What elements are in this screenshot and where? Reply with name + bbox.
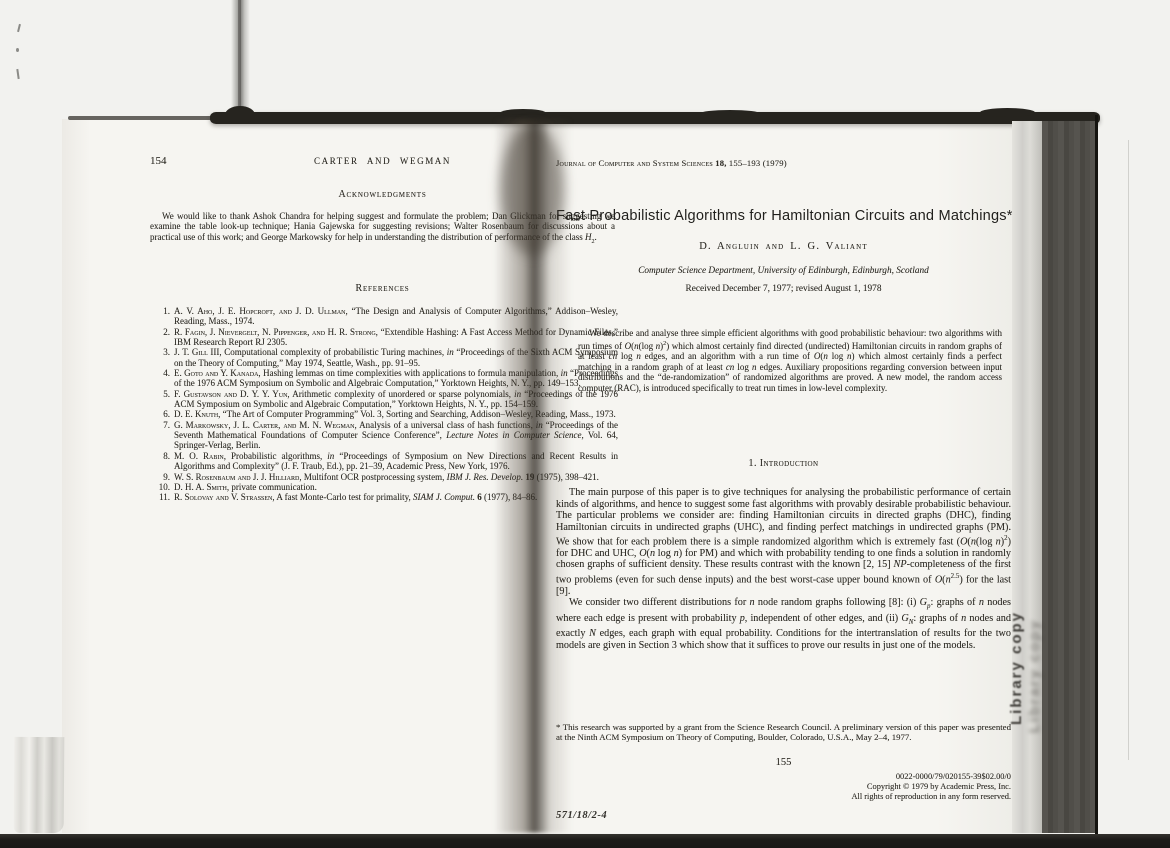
copyright-block: 0022-0000/79/020155-39$02.00/0 Copyright…: [556, 772, 1011, 802]
issn-line: 0022-0000/79/020155-39$02.00/0: [556, 772, 1011, 782]
scanned-journal-spread: 154 CARTER AND WEGMAN Acknowledgments We…: [0, 0, 1170, 848]
reference-number: 8.: [150, 451, 174, 472]
pen-mark: [16, 48, 19, 52]
footnote-text: * This research was supported by a grant…: [556, 722, 1011, 742]
paper-title: Fast Probabilistic Algorithms for Hamilt…: [556, 208, 1014, 224]
reference-number: 3.: [150, 347, 174, 368]
reference-text: private communication.: [231, 482, 316, 492]
reference-number: 2.: [150, 327, 174, 348]
scan-artifact-blob: [500, 109, 546, 117]
received-line: Received December 7, 1977; revised Augus…: [556, 284, 1011, 294]
pen-mark: [17, 24, 21, 32]
book-cover-edge-line: [1095, 115, 1098, 834]
reference-authors: D. E. Knuth,: [174, 409, 220, 419]
reference-authors: D. H. A. Smith,: [174, 482, 229, 492]
pen-mark: [16, 69, 19, 79]
reference-number: 7.: [150, 420, 174, 451]
introduction-paragraph-2: We consider two different distributions …: [556, 597, 1011, 651]
scan-artifact-line: [1128, 140, 1129, 760]
reference-number: 9.: [150, 472, 174, 482]
reference-authors: W. S. Rosenbaum and J. J. Hilliard,: [174, 472, 302, 482]
introduction-paragraph-1: The main purpose of this paper is to giv…: [556, 487, 1011, 597]
scan-artifact-blob: [225, 106, 255, 124]
scan-artifact-streak-core: [238, 0, 241, 119]
right-page-number: 155: [556, 757, 1011, 768]
reference-number: 1.: [150, 306, 174, 327]
reference-number: 5.: [150, 389, 174, 410]
book-gutter-smudge: [500, 125, 564, 255]
reference-authors: M. O. Rabin,: [174, 451, 226, 461]
reference-authors: E. Goto and Y. Kanada,: [174, 368, 261, 378]
reference-authors: R. Fagin, J. Nievergelt, N. Pippenger, a…: [174, 327, 378, 337]
reference-number: 11.: [150, 492, 174, 502]
abstract-text: We describe and analyse three simple eff…: [578, 328, 1002, 393]
scan-artifact-blob: [700, 110, 760, 117]
reference-authors: G. Markowsky, J. L. Carter, and M. N. We…: [174, 420, 357, 430]
journal-header-line: Journal of Computer and System Sciences …: [556, 158, 976, 168]
scan-artifact-blob: [980, 108, 1035, 117]
reference-number: 4.: [150, 368, 174, 389]
library-copy-stamp: Library copy: [1008, 540, 1025, 725]
section-heading-introduction: 1. Introduction: [556, 458, 1011, 469]
reference-authors: F. Gustavson and D. Y. Y. Yun,: [174, 389, 290, 399]
edge-stamp-echo: Library copy: [1026, 548, 1043, 733]
copyright-line: Copyright © 1979 by Academic Press, Inc.: [556, 782, 1011, 792]
bottom-left-page-edges: [14, 737, 65, 833]
paper-authors: D. Angluin and L. G. Valiant: [556, 241, 1011, 252]
book-top-edge-band: [210, 112, 1100, 124]
reference-number: 6.: [150, 409, 174, 419]
paper-affiliation: Computer Science Department, University …: [556, 266, 1011, 276]
reference-authors: R. Solovay and V. Strassen,: [174, 492, 275, 502]
page-edge-dark-strip: [1042, 121, 1095, 833]
rights-line: All rights of reproduction in any form r…: [556, 792, 1011, 802]
scanner-bed-black-bar: [0, 834, 1170, 848]
introduction-body: The main purpose of this paper is to giv…: [556, 487, 1011, 651]
reference-authors: J. T. Gill III,: [174, 347, 222, 357]
reference-number: 10.: [150, 482, 174, 492]
reference-authors: A. V. Aho, J. E. Hopcroft, and J. D. Ull…: [174, 306, 348, 316]
